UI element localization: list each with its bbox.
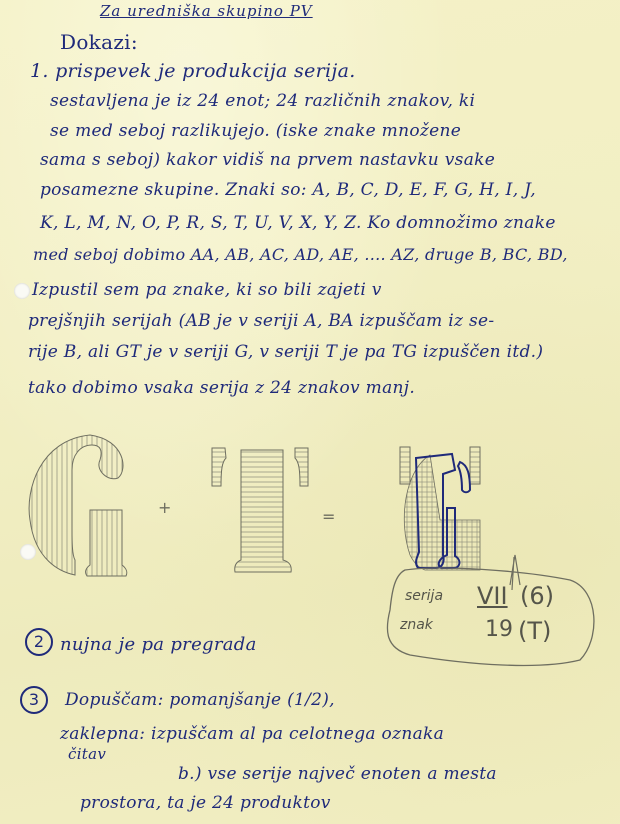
section-2-text: nujna je pa pregrada xyxy=(60,634,257,655)
sketch-letter-t xyxy=(212,448,308,572)
section-3-number: 3 xyxy=(20,686,48,714)
sketch-letter-gt-composite xyxy=(400,447,480,570)
note-sign-label: znak xyxy=(400,617,433,633)
section-3-line: b.) vse serije največ enoten a mesta xyxy=(178,764,497,784)
note-series-label: serija xyxy=(405,588,443,604)
equals-operator: = xyxy=(322,507,335,526)
section-3-line: Dopuščam: pomanjšanje (1/2), xyxy=(65,690,335,710)
sketch-letter-g xyxy=(29,435,127,576)
note-sign-letter: (T) xyxy=(518,617,551,645)
note-sign-value: 19 xyxy=(485,617,513,642)
section-3-line: zaklepna: izpuščam al pa celotnega oznak… xyxy=(60,724,444,744)
section-3-line: čitav xyxy=(68,745,106,763)
note-series-value: VII xyxy=(477,582,508,610)
note-series-letter: (6) xyxy=(520,582,554,610)
section-3-line: prostora, ta je 24 produktov xyxy=(80,793,331,813)
section-2-number: 2 xyxy=(25,628,53,656)
plus-operator: + xyxy=(158,498,171,517)
